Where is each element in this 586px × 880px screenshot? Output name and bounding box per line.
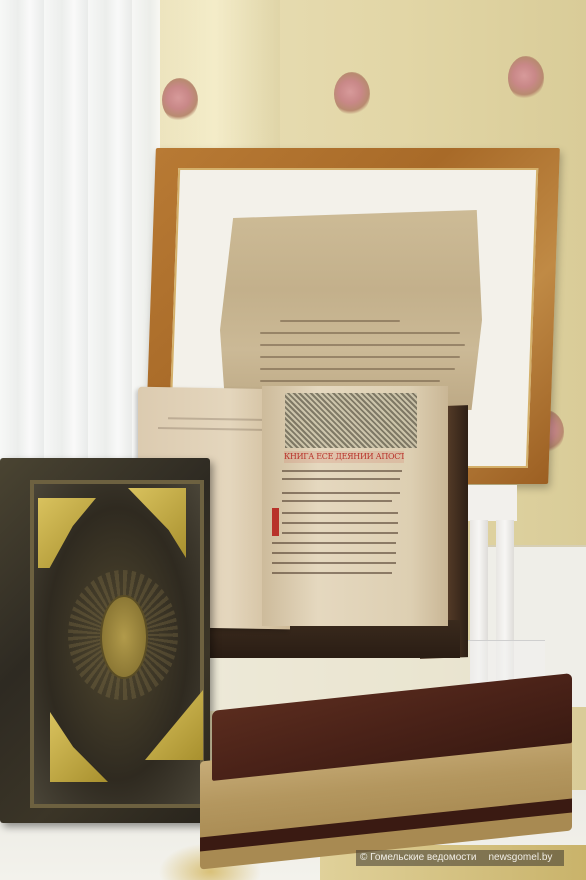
- curtain-flower: [508, 56, 544, 100]
- curtain-flower: [334, 72, 370, 116]
- text-line: [282, 532, 398, 534]
- text-line: [272, 552, 396, 554]
- manuscript-letter: [220, 210, 482, 410]
- watermark-site: newsgomel.by: [488, 852, 552, 863]
- photo-watermark: © Гомельские ведомостиnewsgomel.by: [356, 850, 564, 866]
- easel-crossbar: [465, 485, 517, 521]
- photo-scene: КНИГА ЕСЕ ДЕЯНИИ АПОСТОЛЬСКИЙ © Гомельск…: [0, 0, 586, 880]
- red-initial: [272, 508, 279, 536]
- watermark-copyright: © Гомельские ведомости: [360, 852, 476, 863]
- text-line: [282, 478, 400, 480]
- text-line: [282, 492, 400, 494]
- sheer-curtain: [0, 0, 160, 480]
- woodcut-headpiece: [285, 393, 417, 448]
- text-line: [282, 500, 392, 502]
- text-line: [272, 572, 392, 574]
- text-line: [272, 562, 396, 564]
- rubric-heading: КНИГА ЕСЕ ДЕЯНИИ АПОСТОЛЬСКИЙ: [284, 451, 404, 463]
- center-medallion: [100, 595, 148, 679]
- text-line: [282, 522, 398, 524]
- text-line: [282, 512, 398, 514]
- text-line: [282, 470, 402, 472]
- curtain-flower: [162, 78, 198, 122]
- text-line: [272, 542, 396, 544]
